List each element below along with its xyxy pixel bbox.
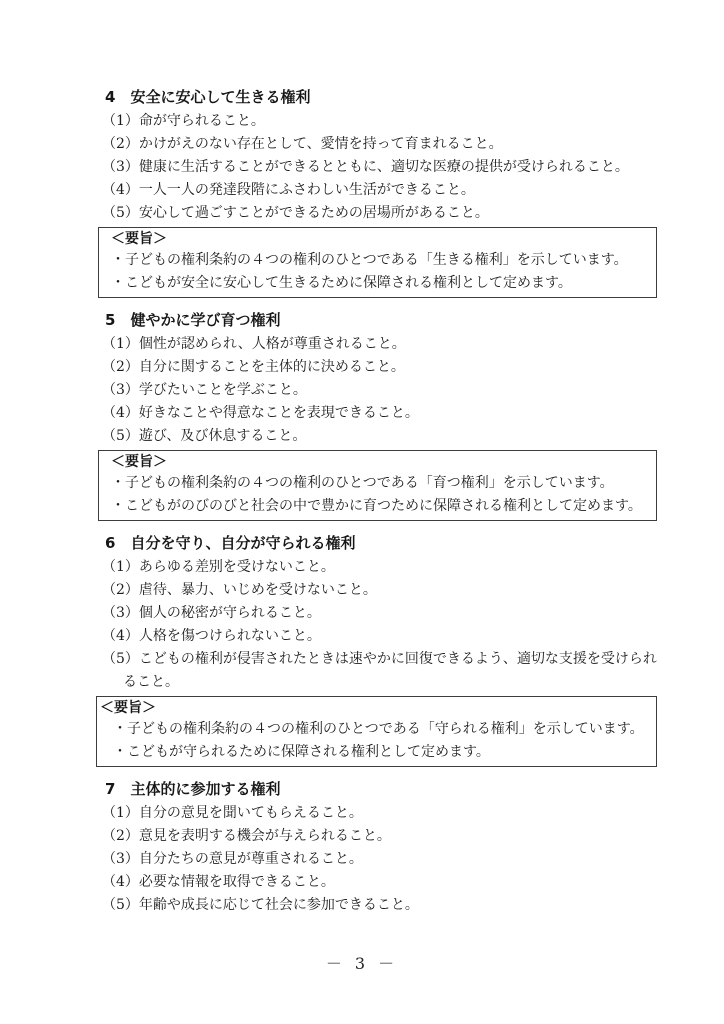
list-item: （3）個人の秘密が守られること。 (102, 602, 657, 625)
section-title: 健やかに学び育つ権利 (130, 311, 280, 329)
page-number: － 3 － (0, 951, 724, 974)
list-item: （1）命が守られること。 (102, 110, 657, 133)
list-item: （1）自分の意見を聞いてもらえること。 (102, 802, 657, 825)
summary-label: ＜要旨＞ (111, 452, 646, 472)
list-item: （5）こどもの権利が侵害されたときは速やかに回復できるよう、適切な支援を受けられ… (102, 648, 657, 694)
summary-bullet: ・こどもが安全に安心して生きるために保障される権利として定めます。 (111, 272, 646, 295)
list-item: （5）年齢や成長に応じて社会に参加できること。 (102, 894, 657, 917)
rights-list: （1）あらゆる差別を受けないこと。 （2）虐待、暴力、いじめを受けないこと。 （… (102, 556, 657, 694)
section-number: 6 (105, 534, 115, 553)
list-item: （2）自分に関することを主体的に決めること。 (102, 356, 657, 379)
section-title: 自分を守り、自分が守られる権利 (130, 534, 355, 552)
section-7: 7主体的に参加する権利 （1）自分の意見を聞いてもらえること。 （2）意見を表明… (98, 780, 657, 917)
list-item: （3）学びたいことを学ぶこと。 (102, 379, 657, 402)
summary-bullet: ・こどもが守られるために保障される権利として定めます。 (100, 741, 646, 764)
list-item: （4）人格を傷つけられないこと。 (102, 625, 657, 648)
summary-bullet: ・こどもがのびのびと社会の中で豊かに育つために保障される権利として定めます。 (111, 495, 646, 518)
list-item: （5）安心して過ごすことができるための居場所があること。 (102, 202, 657, 225)
summary-bullet: ・子どもの権利条約の４つの権利のひとつである「守られる権利」を示しています。 (100, 718, 646, 741)
summary-box: ＜要旨＞ ・子どもの権利条約の４つの権利のひとつである「守られる権利」を示してい… (96, 696, 657, 767)
list-item: （5）遊び、及び休息すること。 (102, 425, 657, 448)
list-item: （2）かけがえのない存在として、愛情を持って育まれること。 (102, 133, 657, 156)
summary-label: ＜要旨＞ (111, 229, 646, 249)
rights-list: （1）自分の意見を聞いてもらえること。 （2）意見を表明する機会が与えられること… (102, 802, 657, 917)
section-number: 4 (105, 88, 115, 107)
rights-list: （1）個性が認められ、人格が尊重されること。 （2）自分に関することを主体的に決… (102, 333, 657, 448)
list-item: （1）あらゆる差別を受けないこと。 (102, 556, 657, 579)
section-heading: 6自分を守り、自分が守られる権利 (105, 534, 657, 553)
summary-box: ＜要旨＞ ・子どもの権利条約の４つの権利のひとつである「生きる権利」を示していま… (98, 227, 657, 298)
list-item: （3）健康に生活することができるとともに、適切な医療の提供が受けられること。 (102, 156, 657, 179)
section-number: 7 (105, 780, 115, 799)
list-item: （4）必要な情報を取得できること。 (102, 871, 657, 894)
section-4: 4安全に安心して生きる権利 （1）命が守られること。 （2）かけがえのない存在と… (98, 88, 657, 298)
summary-box: ＜要旨＞ ・子どもの権利条約の４つの権利のひとつである「育つ権利」を示しています… (98, 450, 657, 521)
rights-list: （1）命が守られること。 （2）かけがえのない存在として、愛情を持って育まれるこ… (102, 110, 657, 225)
document-page: 4安全に安心して生きる権利 （1）命が守られること。 （2）かけがえのない存在と… (0, 0, 724, 1024)
summary-label: ＜要旨＞ (100, 698, 646, 718)
section-6: 6自分を守り、自分が守られる権利 （1）あらゆる差別を受けないこと。 （2）虐待… (98, 534, 657, 767)
section-title: 主体的に参加する権利 (130, 780, 280, 798)
summary-bullet: ・子どもの権利条約の４つの権利のひとつである「育つ権利」を示しています。 (111, 472, 646, 495)
section-heading: 5健やかに学び育つ権利 (105, 311, 657, 330)
list-item: （4）一人一人の発達段階にふさわしい生活ができること。 (102, 179, 657, 202)
section-heading: 7主体的に参加する権利 (105, 780, 657, 799)
list-item: （2）意見を表明する機会が与えられること。 (102, 825, 657, 848)
list-item: （3）自分たちの意見が尊重されること。 (102, 848, 657, 871)
list-item: （1）個性が認められ、人格が尊重されること。 (102, 333, 657, 356)
section-5: 5健やかに学び育つ権利 （1）個性が認められ、人格が尊重されること。 （2）自分… (98, 311, 657, 521)
list-item: （4）好きなことや得意なことを表現できること。 (102, 402, 657, 425)
list-item: （2）虐待、暴力、いじめを受けないこと。 (102, 579, 657, 602)
summary-bullet: ・子どもの権利条約の４つの権利のひとつである「生きる権利」を示しています。 (111, 249, 646, 272)
section-heading: 4安全に安心して生きる権利 (105, 88, 657, 107)
section-title: 安全に安心して生きる権利 (130, 88, 310, 106)
section-number: 5 (105, 311, 115, 330)
